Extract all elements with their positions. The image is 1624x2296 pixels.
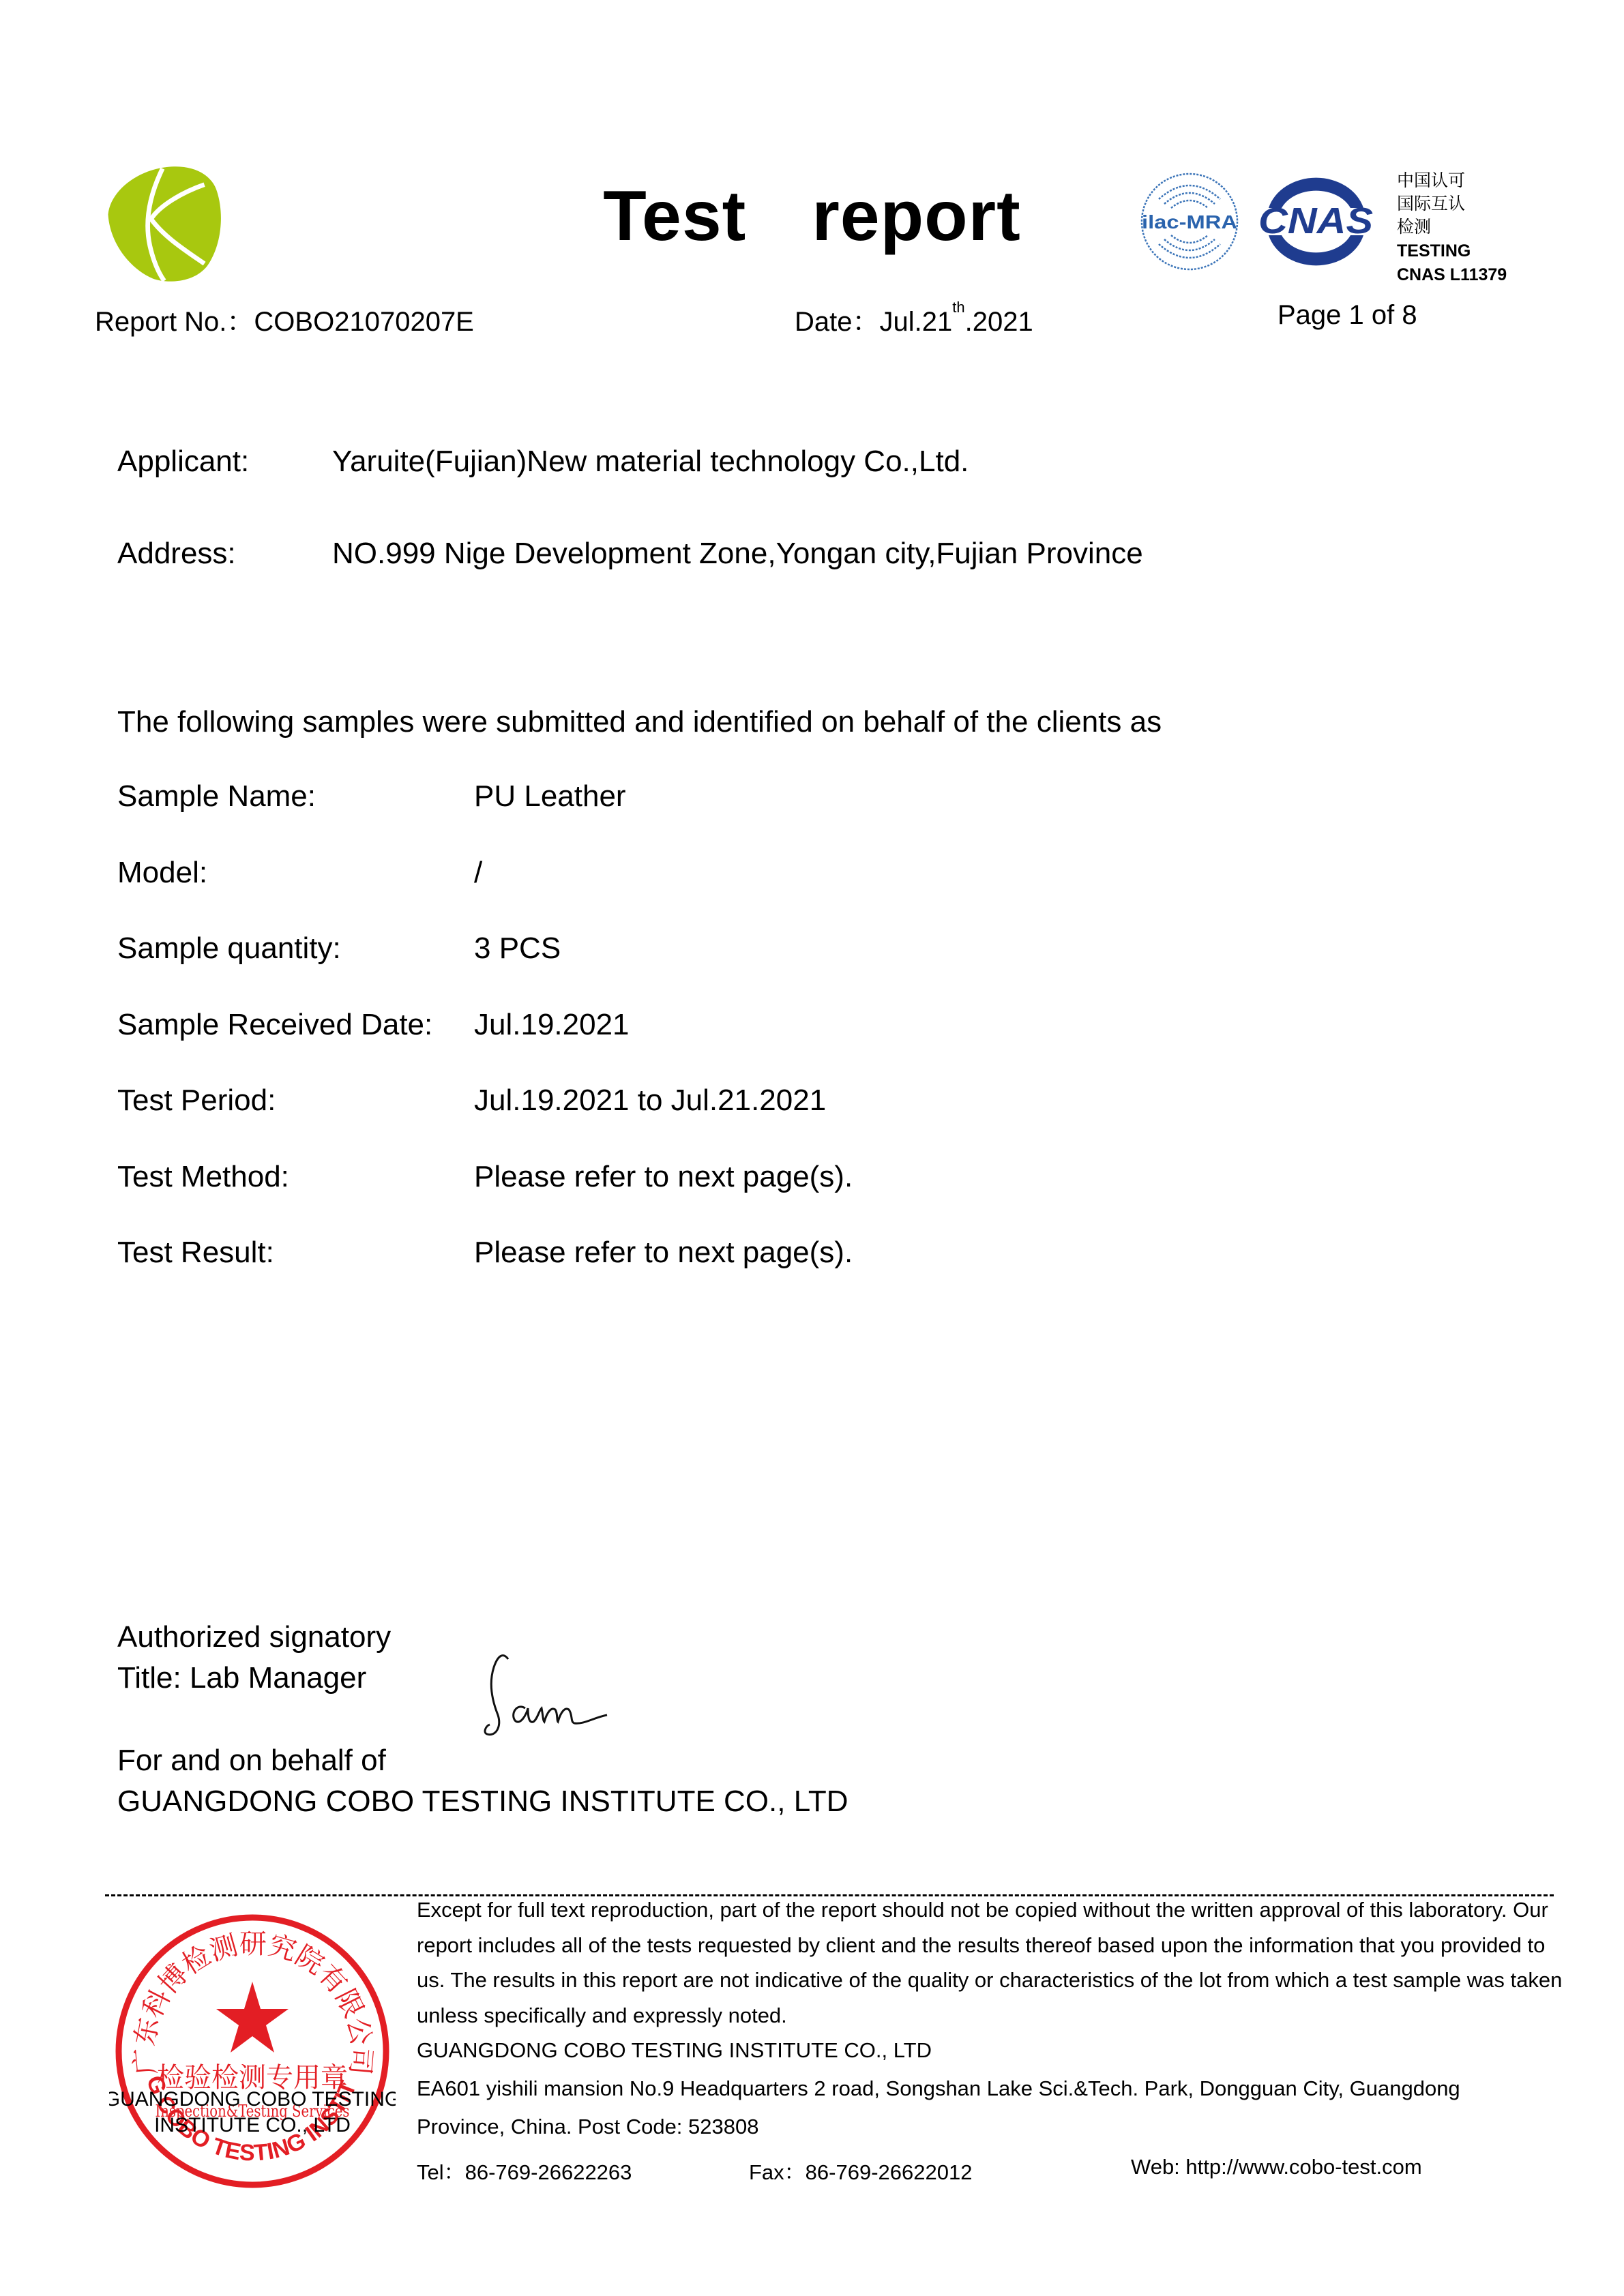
sample-field-value: Jul.19.2021 to Jul.21.2021 [474, 1084, 826, 1118]
report-number: Report No.：COBO21070207E [95, 300, 474, 339]
sample-field-label: Sample Received Date: [117, 1008, 432, 1042]
accreditation-cn-line2: 国际互认 [1397, 196, 1465, 213]
sample-field-label: Test Result: [117, 1236, 274, 1270]
address-label: Address: [117, 537, 236, 571]
footer-fax: Fax：86-769-26622012 [749, 2155, 972, 2186]
applicant-value: Yaruite(Fujian)New material technology C… [332, 445, 969, 479]
sample-field-label: Sample Name: [117, 779, 316, 814]
footer-line: us. The results in this report are not i… [417, 1968, 1562, 1993]
footer-line: report includes all of the tests request… [417, 1933, 1545, 1958]
ilac-mra-logo-icon: ilac-MRA [1138, 168, 1241, 275]
page-indicator: Page 1 of 8 [1278, 300, 1417, 331]
accreditation-cnas-number: CNAS L11379 [1397, 267, 1507, 284]
svg-text:GUANGDONG COBO TESTING: GUANGDONG COBO TESTING [109, 2088, 396, 2111]
sample-field-value: 3 PCS [474, 931, 561, 966]
signatory-title: Title: Lab Manager [117, 1661, 366, 1695]
signatory-heading: Authorized signatory [117, 1620, 391, 1654]
company-seal-icon: 广东科博检测研究院有限公司 检验检测专用章 Inspection&Testing… [109, 1908, 396, 2194]
report-date: Date：Jul.21th.2021 [795, 300, 1033, 339]
footer-web-link[interactable]: Web: http://www.cobo-test.com [1131, 2155, 1422, 2179]
footer-line: EA601 yishili mansion No.9 Headquarters … [417, 2076, 1460, 2101]
svg-text:INSTITUTE CO., LTD: INSTITUTE CO., LTD [154, 2114, 351, 2136]
page-title: Testreport [0, 176, 1624, 257]
svg-text:ilac-MRA: ilac-MRA [1142, 211, 1237, 233]
samples-intro: The following samples were submitted and… [117, 705, 1162, 739]
sample-field-label: Test Method: [117, 1160, 289, 1194]
sample-field-value: Please refer to next page(s). [474, 1160, 853, 1194]
footer-line: GUANGDONG COBO TESTING INSTITUTE CO., LT… [417, 2038, 932, 2063]
sample-field-value: Jul.19.2021 [474, 1008, 630, 1042]
sample-field-label: Test Period: [117, 1084, 276, 1118]
footer-line: unless specifically and expressly noted. [417, 2003, 787, 2028]
signature-icon [477, 1647, 628, 1746]
sample-field-value: / [474, 856, 482, 890]
company-name: GUANGDONG COBO TESTING INSTITUTE CO., LT… [117, 1785, 848, 1819]
accreditation-testing: TESTING [1397, 243, 1471, 260]
sample-field-value: PU Leather [474, 779, 626, 814]
footer-tel: Tel：86-769-26622263 [417, 2155, 632, 2186]
applicant-label: Applicant: [117, 445, 249, 479]
accreditation-cn-line1: 中国认可 [1397, 173, 1465, 190]
address-value: NO.999 Nige Development Zone,Yongan city… [332, 537, 1143, 571]
footer-line: Province, China. Post Code: 523808 [417, 2115, 758, 2139]
sample-field-label: Model: [117, 856, 207, 890]
on-behalf-label: For and on behalf of [117, 1744, 386, 1778]
sample-field-label: Sample quantity: [117, 931, 341, 966]
svg-text:CNAS: CNAS [1258, 200, 1373, 241]
cnas-logo-icon: CNAS [1256, 170, 1376, 273]
sample-field-value: Please refer to next page(s). [474, 1236, 853, 1270]
accreditation-cn-line3: 检测 [1397, 219, 1431, 236]
footer-line: Except for full text reproduction, part … [417, 1898, 1548, 1922]
footer-divider [105, 1894, 1554, 1896]
